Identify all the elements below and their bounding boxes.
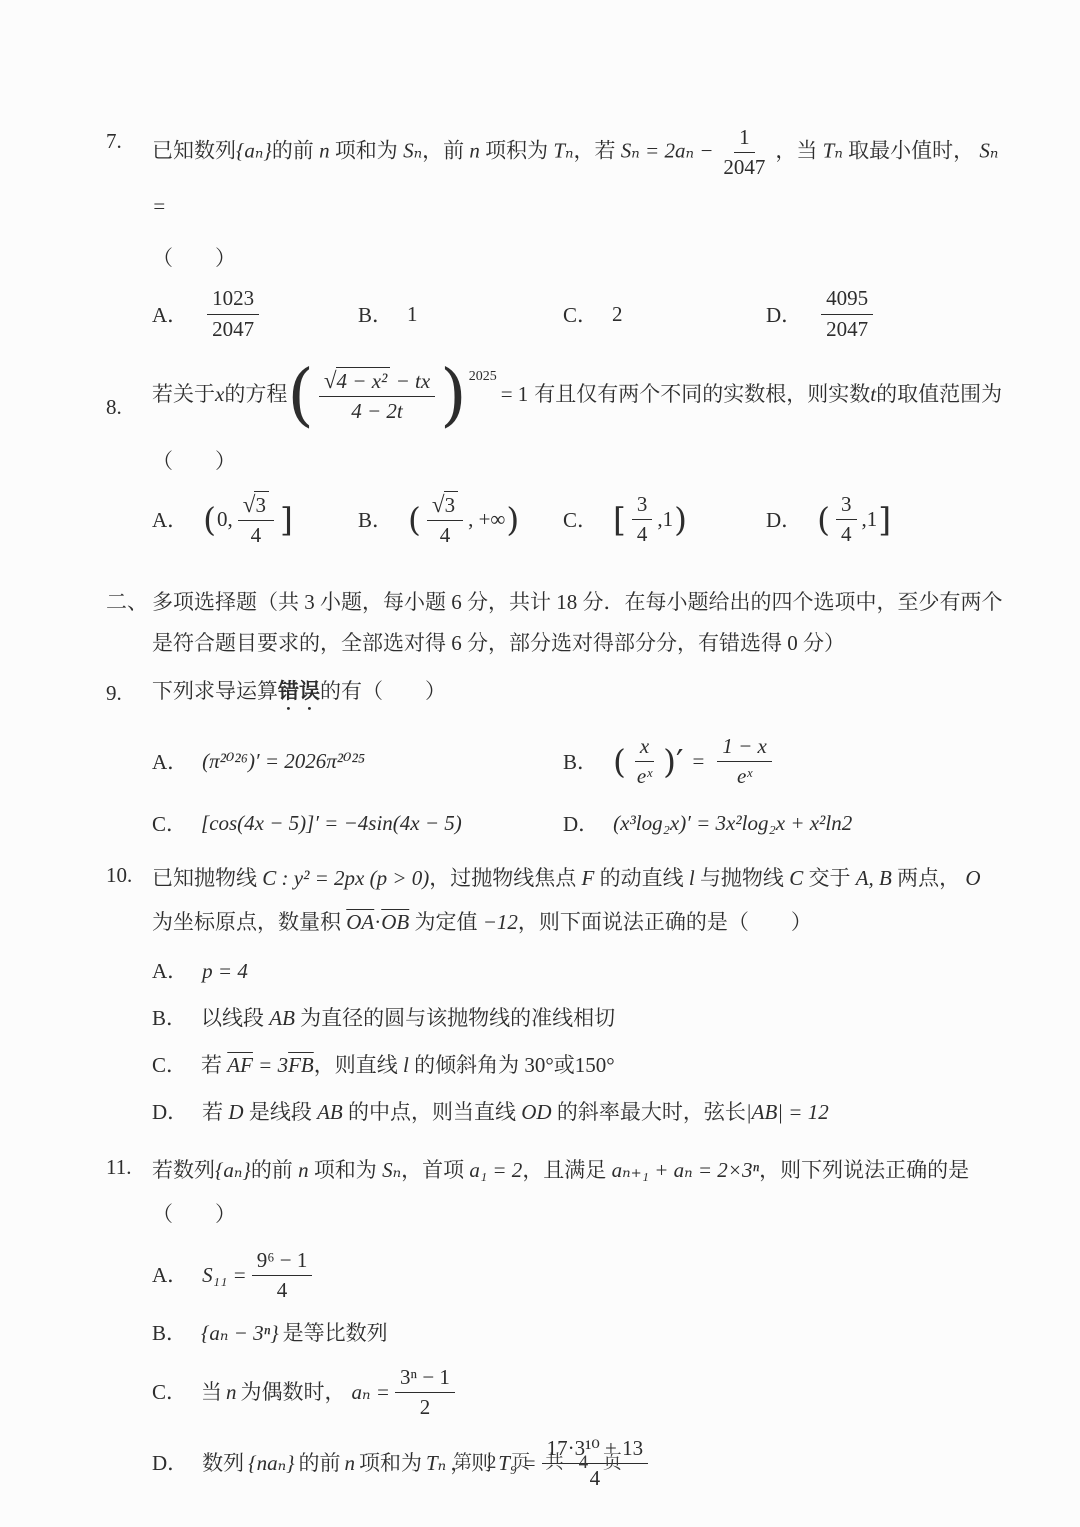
option-label: B．: [358, 299, 393, 329]
open-delimiter: (: [408, 503, 421, 536]
square-root: √3: [243, 493, 269, 517]
option-label: B．: [563, 746, 598, 776]
math-fragment: Tₙ: [553, 139, 573, 163]
close-delimiter: ]: [878, 503, 891, 536]
stem-text: 的方程: [224, 380, 287, 409]
math-fragment: aₙ₊₁ + aₙ = 2×3ⁿ: [612, 1158, 760, 1182]
q9-option-b: B． ( xeˣ )′ = 1 − xeˣ: [563, 731, 1004, 793]
option-label: C．: [152, 808, 187, 838]
math-fragment: C: [789, 866, 803, 890]
fraction: 3ⁿ − 12: [395, 1364, 455, 1422]
stem-text: ，前: [422, 139, 464, 163]
fraction-numerator: x: [635, 733, 654, 762]
stem-text: ，且满足: [522, 1158, 606, 1182]
close-paren: ): [440, 365, 467, 426]
interval-end: ,1: [657, 507, 673, 532]
q8-option-c: C． [ 34 ,1 ): [563, 489, 766, 551]
fraction-numerator: 1: [734, 124, 755, 153]
radicand: 3: [444, 491, 459, 517]
vector-overline: OA: [346, 910, 374, 934]
option-text: 若 AF = 3FB，则直线 l 的倾斜角为 30°或150°: [201, 1047, 615, 1085]
close-delimiter: ]: [280, 503, 293, 536]
stem-text: 是等比数列: [283, 1315, 388, 1353]
open-delimiter: [: [613, 503, 626, 536]
stem-text: ，当: [775, 139, 817, 163]
question-8-stem: 若关于x的方程 ( √4 − x² − tx 4 − 2t ) 2025 = 1…: [152, 363, 1004, 428]
question-8-number: 8.: [106, 363, 152, 451]
math-fragment: n: [319, 139, 330, 163]
fraction-numerator: √3: [427, 489, 463, 521]
option-label: A．: [152, 746, 188, 776]
option-label: D．: [766, 504, 802, 534]
option-value: 2: [612, 302, 623, 327]
fraction: 9⁶ − 14: [252, 1247, 313, 1305]
option-label: A．: [152, 504, 188, 534]
stem-text: 的前: [251, 1158, 293, 1182]
interval-start: 0,: [217, 507, 233, 532]
fraction-numerator: 3ⁿ − 1: [395, 1364, 455, 1393]
math-fragment: C : y² = 2px (p > 0): [262, 866, 429, 890]
exponent: 2025: [469, 367, 497, 387]
stem-text: 的有（ ）: [320, 679, 446, 703]
fraction-denominator: 2047: [718, 153, 770, 181]
radicand: 3: [254, 491, 269, 517]
stem-text: 的取值范围为: [876, 380, 1002, 409]
question-7-options: A． 10232047 B． 1 C． 2 D． 40952047: [152, 283, 1004, 345]
option-label: C．: [152, 1047, 187, 1085]
q10-option-a: A． p = 4: [152, 953, 1004, 991]
fraction: √34: [238, 489, 274, 550]
option-label: D．: [766, 299, 802, 329]
q9-option-a: A． (π²⁰²⁶)′ = 2026π²⁰²⁵: [152, 746, 563, 776]
fraction-denominator: 4: [836, 520, 857, 548]
stem-text: 两点，: [897, 866, 960, 890]
stem-text: 与抛物线: [700, 866, 784, 890]
math-fragment: Sₙ: [403, 139, 422, 163]
math-fragment: 30°: [524, 1053, 553, 1077]
option-label: A．: [152, 953, 188, 991]
radical-sign: √: [432, 491, 445, 517]
square-root: √4 − x²: [324, 369, 390, 393]
interval-end: ,1: [862, 507, 878, 532]
answer-blank-parens: （ ）: [152, 242, 1004, 276]
math-expression: [cos(4x − 5)]′ = −4sin(4x − 5): [201, 811, 462, 836]
q9-option-c: C． [cos(4x − 5)]′ = −4sin(4x − 5): [152, 808, 563, 838]
stem-text: 交于: [808, 866, 850, 890]
fraction-numerator: 1 − x: [717, 733, 772, 762]
math-fragment: l: [689, 866, 695, 890]
open-delimiter: (: [613, 745, 626, 778]
question-7-number: 7.: [106, 122, 152, 162]
stem-text: 的斜率最大时，弦长: [557, 1100, 746, 1124]
math-fragment: O: [965, 866, 980, 890]
stem-text: 若: [202, 1100, 223, 1124]
math-fragment: OD: [521, 1100, 551, 1124]
fraction-denominator: 2047: [207, 315, 259, 343]
option-label: B．: [358, 504, 393, 534]
option-label: C．: [563, 299, 598, 329]
math-fragment: a₁ = 2: [469, 1158, 522, 1182]
fraction: 40952047: [821, 285, 873, 343]
math-fragment: n: [469, 139, 480, 163]
math-fragment: A, B: [856, 866, 892, 890]
math-fragment: AB: [317, 1100, 343, 1124]
fraction-numerator: 4095: [821, 285, 873, 314]
math-fragment: x: [215, 380, 224, 409]
math-expression: p = 4: [202, 953, 248, 991]
fraction: 34: [632, 491, 653, 549]
close-delimiter: ): [674, 503, 687, 536]
emphasized-text: 错误: [278, 679, 320, 703]
question-7: 7. 已知数列{aₙ}的前 n 项和为 Sₙ，前 n 项积为 Tₙ，若 Sₙ =…: [106, 122, 1004, 345]
page-footer: 第 2 页 共 4 页: [0, 1447, 1080, 1474]
option-label: B．: [152, 1315, 187, 1353]
open-paren: (: [287, 365, 314, 426]
stem-text: 为坐标原点，数量积: [152, 910, 341, 934]
fraction-numerator: 9⁶ − 1: [252, 1247, 313, 1276]
stem-text: 以线段: [201, 1006, 264, 1030]
square-root: √3: [432, 493, 458, 517]
fraction-denominator: 2: [415, 1393, 436, 1421]
question-8: 8. 若关于x的方程 ( √4 − x² − tx 4 − 2t ) 2025 …: [106, 363, 1004, 552]
question-9: 9. 下列求导运算错误的有（ ） A． (π²⁰²⁶)′ = 2026π²⁰²⁵…: [106, 674, 1004, 839]
math-expression: (π²⁰²⁶)′ = 2026π²⁰²⁵: [202, 749, 365, 774]
question-9-options-row-1: A． (π²⁰²⁶)′ = 2026π²⁰²⁵ B． ( xeˣ )′ = 1 …: [152, 731, 1004, 793]
stem-text: 项和为: [335, 139, 398, 163]
interval-end: , +∞: [468, 507, 505, 532]
stem-text: 有且仅有两个不同的实数根，则实数: [534, 380, 870, 409]
math-fragment: {aₙ}: [215, 1158, 251, 1182]
q11-option-c: C． 当 n 为偶数时， aₙ = 3ⁿ − 12: [152, 1362, 1004, 1424]
fraction-numerator: 1023: [207, 285, 259, 314]
stem-text: 若: [201, 1053, 222, 1077]
fraction-denominator: 2047: [821, 315, 873, 343]
option-label: D．: [152, 1094, 188, 1132]
math-fragment: Sₙ = 2aₙ −: [621, 139, 714, 163]
stem-text: 的前: [272, 139, 314, 163]
math-fragment: {aₙ − 3ⁿ}: [201, 1315, 279, 1353]
fraction: 34: [836, 491, 857, 549]
stem-text: ，首项: [401, 1158, 464, 1182]
math-fragment: S₁₁ =: [202, 1257, 247, 1295]
option-label: A．: [152, 1257, 188, 1295]
math-fragment: l: [403, 1053, 409, 1077]
q7-option-d: D． 40952047: [766, 283, 1004, 345]
equals-sign: =: [693, 749, 705, 774]
stem-text: 当: [201, 1374, 222, 1412]
stem-text: 的中点，则当直线: [348, 1100, 516, 1124]
q10-option-d: D． 若 D 是线段 AB 的中点，则当直线 OD 的斜率最大时，弦长|AB| …: [152, 1094, 1004, 1132]
fraction: 1 − xeˣ: [717, 733, 772, 791]
question-8-options: A． ( 0, √34 ] B． ( √34 , +∞ ) C． [ 34: [152, 487, 1004, 552]
math-fragment: F: [582, 866, 595, 890]
math-fragment: n: [226, 1374, 237, 1412]
question-7-stem: 已知数列{aₙ}的前 n 项和为 Sₙ，前 n 项积为 Tₙ，若 Sₙ = 2a…: [152, 122, 1004, 228]
stem-text: 若关于: [152, 380, 215, 409]
fraction: √4 − x² − tx 4 − 2t: [319, 365, 435, 426]
stem-text: 若数列: [152, 1158, 215, 1182]
option-label: C．: [152, 1374, 187, 1412]
section-2-header: 二、 多项选择题（共 3 小题，每小题 6 分，共计 18 分．在每小题给出的四…: [106, 582, 1004, 664]
q8-option-a: A． ( 0, √34 ]: [152, 487, 358, 552]
stem-text: ，过抛物线焦点: [429, 866, 576, 890]
stem-text: 为偶数时，: [241, 1374, 346, 1412]
stem-text: 的动直线: [600, 866, 684, 890]
stem-text: 为直径的圆与该抛物线的准线相切: [300, 1006, 615, 1030]
option-value: 1: [407, 302, 418, 327]
stem-text: 的倾斜角为: [414, 1053, 519, 1077]
question-10: 10. 已知抛物线 C : y² = 2px (p > 0)，过抛物线焦点 F …: [106, 856, 1004, 1131]
vector-overline: OB: [381, 910, 409, 934]
vector-overline: FB: [288, 1053, 314, 1077]
radical-sign: √: [324, 367, 337, 393]
math-fragment: aₙ =: [352, 1374, 390, 1412]
stem-text: 已知抛物线: [152, 866, 257, 890]
section-2-label: 二、: [106, 582, 152, 664]
math-fragment: D: [228, 1100, 243, 1124]
option-label: B．: [152, 1000, 187, 1038]
fraction-numerator: 3: [836, 491, 857, 520]
fraction-denominator: 4 − 2t: [346, 397, 408, 425]
fraction-numerator: √3: [238, 489, 274, 521]
q10-option-c: C． 若 AF = 3FB，则直线 l 的倾斜角为 30°或150°: [152, 1047, 1004, 1085]
fraction-denominator: eˣ: [732, 762, 757, 790]
fraction-denominator: 4: [435, 521, 456, 549]
fraction: 10232047: [207, 285, 259, 343]
stem-text: ，若: [574, 139, 616, 163]
vector-overline: AF: [227, 1053, 253, 1077]
exam-page: 7. 已知数列{aₙ}的前 n 项和为 Sₙ，前 n 项积为 Tₙ，若 Sₙ =…: [0, 0, 1080, 1527]
math-fragment: 150°: [575, 1053, 615, 1077]
stem-text: 已知数列: [152, 139, 236, 163]
fraction: √34: [427, 489, 463, 550]
option-text: 若 D 是线段 AB 的中点，则当直线 OD 的斜率最大时，弦长|AB| = 1…: [202, 1094, 829, 1132]
radicand: 4 − x²: [336, 367, 391, 393]
q7-option-a: A． 10232047: [152, 283, 358, 345]
question-10-stem: 已知抛物线 C : y² = 2px (p > 0)，过抛物线焦点 F 的动直线…: [152, 856, 1004, 944]
math-fragment: n: [298, 1158, 309, 1182]
fraction-denominator: eˣ: [632, 762, 657, 790]
math-fragment: {aₙ}: [236, 139, 272, 163]
section-2-instructions: 多项选择题（共 3 小题，每小题 6 分，共计 18 分．在每小题给出的四个选项…: [152, 582, 1004, 664]
stem-text: 项积为: [485, 139, 548, 163]
question-9-stem: 下列求导运算错误的有（ ）: [152, 674, 1004, 715]
math-fragment: AB: [269, 1006, 295, 1030]
stem-text: 取最小值时，: [848, 139, 974, 163]
q10-option-b: B． 以线段 AB 为直径的圆与该抛物线的准线相切: [152, 1000, 1004, 1038]
question-10-number: 10.: [106, 856, 152, 896]
question-11-stem: 若数列{aₙ}的前 n 项和为 Sₙ，首项 a₁ = 2，且满足 aₙ₊₁ + …: [152, 1148, 1004, 1236]
close-delimiter: ): [506, 503, 519, 536]
math-expression: (x³log₂x)′ = 3x²log₂x + x²ln2: [613, 811, 852, 836]
q9-option-d: D． (x³log₂x)′ = 3x²log₂x + x²ln2: [563, 808, 1004, 838]
fraction-denominator: 4: [632, 520, 653, 548]
math-fragment: − tx: [390, 369, 430, 393]
stem-text: 或: [554, 1053, 575, 1077]
q11-option-a: A． S₁₁ = 9⁶ − 14: [152, 1245, 1004, 1307]
math-fragment: −12: [483, 910, 518, 934]
fraction-denominator: 4: [272, 1276, 293, 1304]
open-delimiter: (: [203, 503, 216, 536]
option-text: 以线段 AB 为直径的圆与该抛物线的准线相切: [201, 1000, 615, 1038]
stem-text: 下列求导运算: [152, 679, 278, 703]
question-11: 11. 若数列{aₙ}的前 n 项和为 Sₙ，首项 a₁ = 2，且满足 aₙ₊…: [106, 1148, 1004, 1495]
question-9-options-row-2: C． [cos(4x − 5)]′ = −4sin(4x − 5) D． (x³…: [152, 808, 1004, 838]
q11-option-b: B． {aₙ − 3ⁿ} 是等比数列: [152, 1315, 1004, 1353]
answer-blank-parens: （ ）: [152, 445, 1004, 479]
question-11-number: 11.: [106, 1148, 152, 1188]
stem-text: 为定值: [415, 910, 478, 934]
q8-option-d: D． ( 34 ,1 ]: [766, 489, 1004, 551]
math-fragment: |AB| = 12: [746, 1100, 829, 1124]
q7-option-b: B． 1: [358, 299, 563, 329]
stem-text: ，则直线: [314, 1053, 398, 1077]
fraction-numerator: √4 − x² − tx: [319, 365, 435, 397]
open-delimiter: (: [817, 503, 830, 536]
math-fragment: = 3: [258, 1053, 288, 1077]
math-fragment: Sₙ: [382, 1158, 401, 1182]
q7-option-c: C． 2: [563, 299, 766, 329]
math-fragment: Tₙ: [823, 139, 843, 163]
fraction: xeˣ: [632, 733, 657, 791]
stem-text: 是线段: [249, 1100, 312, 1124]
math-fragment: = 1: [501, 380, 529, 409]
fraction-denominator: 4: [246, 521, 267, 549]
q8-option-b: B． ( √34 , +∞ ): [358, 487, 563, 552]
option-label: A．: [152, 299, 188, 329]
option-label: C．: [563, 504, 598, 534]
stem-text: 项和为: [314, 1158, 377, 1182]
fraction-numerator: 3: [632, 491, 653, 520]
stem-text: ，则下面说法正确的是（ ）: [518, 910, 812, 934]
fraction: 12047: [718, 124, 770, 182]
close-delimiter: )′: [663, 745, 683, 778]
question-9-number: 9.: [106, 674, 152, 714]
option-label: D．: [563, 808, 599, 838]
